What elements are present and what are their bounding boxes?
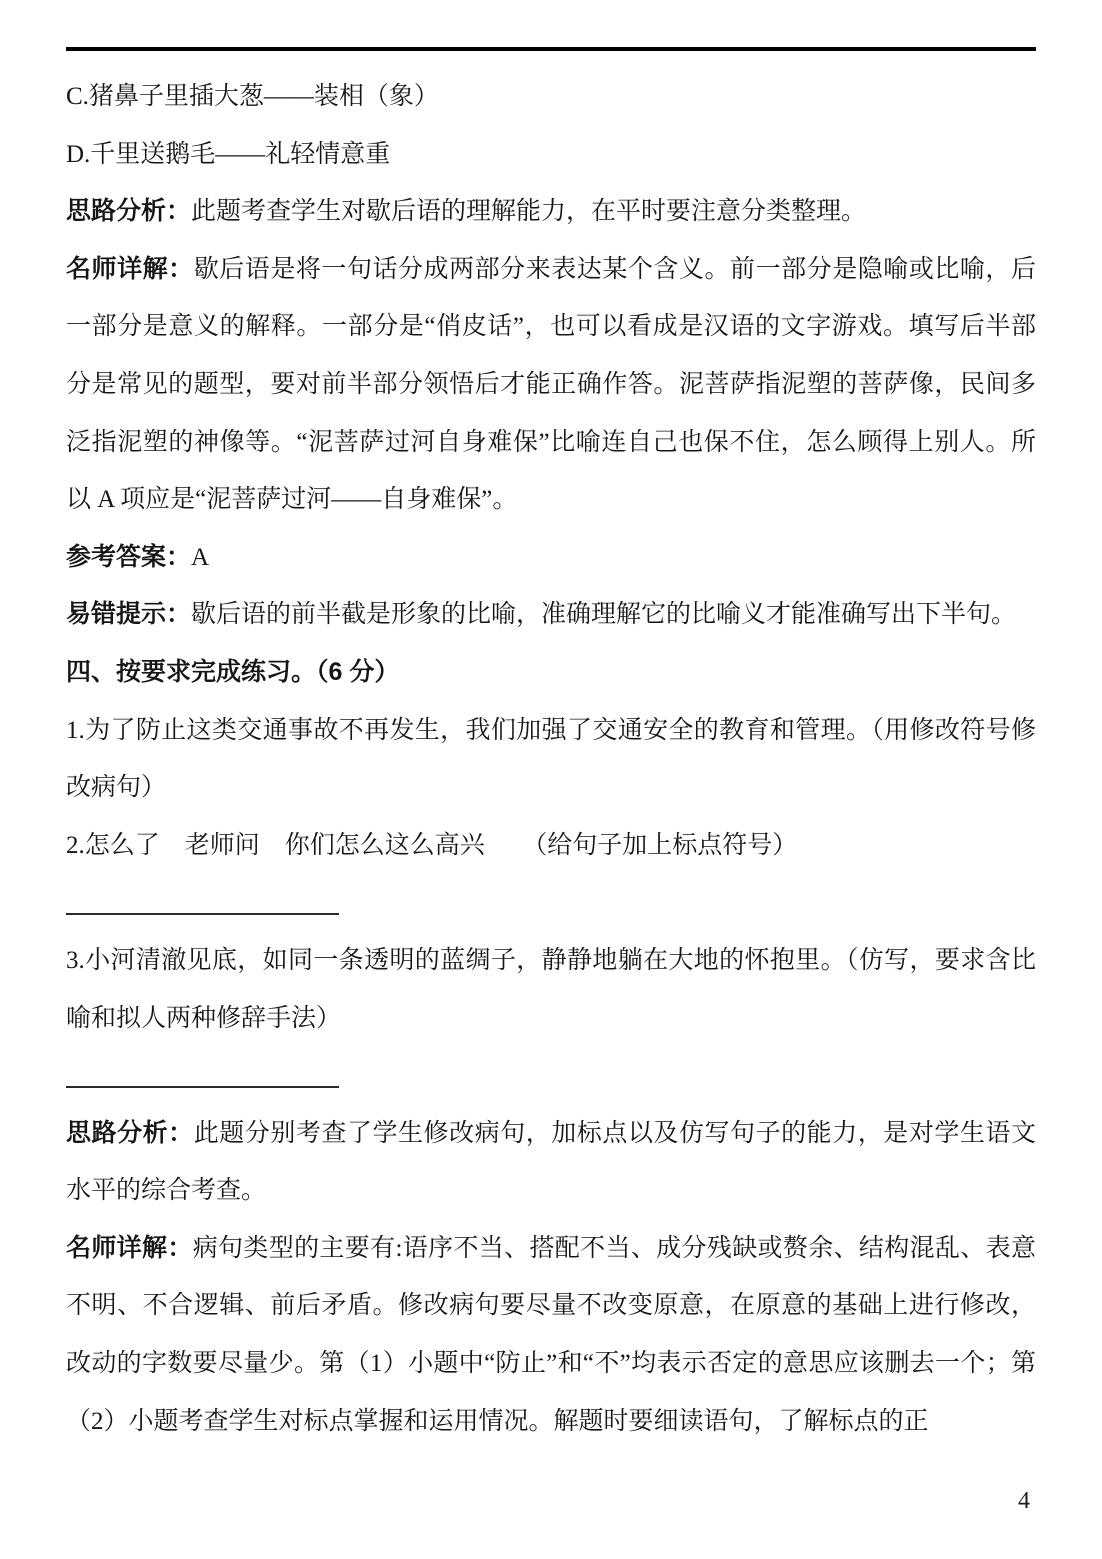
- answer-1-label: 参考答案：: [66, 543, 191, 571]
- detail-1-text: 歇后语是将一句话分成两部分来表达某个含义。前一部分是隐喻或比喻，后一部分是意义的…: [66, 256, 1036, 513]
- detail-2-text: 病句类型的主要有:语序不当、搭配不当、成分残缺或赘余、结构混乱、表意不明、不合逻…: [66, 1235, 1036, 1435]
- analysis-2-label: 思路分析：: [66, 1119, 194, 1147]
- answer-blank-line-2: [66, 1047, 1036, 1105]
- tip-1-text: 歇后语的前半截是形象的比喻，准确理解它的比喻义才能准确写出下半句。: [191, 601, 1016, 628]
- header-rule: [66, 47, 1036, 51]
- analysis-2-paragraph: 思路分析：此题分别考查了学生修改病句，加标点以及仿写句子的能力，是对学生语文水平…: [66, 1105, 1036, 1220]
- answer-1-paragraph: 参考答案：A: [66, 529, 1036, 587]
- detail-1-paragraph: 名师详解：歇后语是将一句话分成两部分来表达某个含义。前一部分是隐喻或比喻，后一部…: [66, 241, 1036, 529]
- page-number: 4: [1018, 1488, 1030, 1515]
- option-c-line: C.猪鼻子里插大葱——装相（象）: [66, 68, 1036, 126]
- analysis-2-text: 此题分别考查了学生修改病句，加标点以及仿写句子的能力，是对学生语文水平的综合考查…: [66, 1120, 1036, 1205]
- question-1-paragraph: 1.为了防止这类交通事故不再发生，我们加强了交通安全的教育和管理。（用修改符号修…: [66, 702, 1036, 817]
- analysis-1-label: 思路分析：: [66, 197, 191, 225]
- question-3-paragraph: 3.小河清澈见底，如同一条透明的蓝绸子，静静地躺在大地的怀抱里。（仿写，要求含比…: [66, 932, 1036, 1047]
- tip-1-paragraph: 易错提示：歇后语的前半截是形象的比喻，准确理解它的比喻义才能准确写出下半句。: [66, 586, 1036, 644]
- question-2-paragraph: 2.怎么了 老师问 你们怎么这么高兴 （给句子加上标点符号）: [66, 817, 1036, 875]
- answer-blank-line-1: [66, 874, 1036, 932]
- document-page: C.猪鼻子里插大葱——装相（象） D.千里送鹅毛——礼轻情意重 思路分析：此题考…: [0, 0, 1102, 1559]
- detail-2-label: 名师详解：: [66, 1234, 193, 1262]
- analysis-1-text: 此题考查学生对歇后语的理解能力，在平时要注意分类整理。: [191, 198, 866, 225]
- analysis-1-paragraph: 思路分析：此题考查学生对歇后语的理解能力，在平时要注意分类整理。: [66, 183, 1036, 241]
- tip-1-label: 易错提示：: [66, 600, 191, 628]
- answer-1-text: A: [191, 544, 209, 571]
- section-4-heading: 四、按要求完成练习。（6 分）: [66, 644, 1036, 702]
- answer-underline-1: [66, 913, 339, 915]
- detail-1-label: 名师详解：: [66, 255, 194, 283]
- document-body: C.猪鼻子里插大葱——装相（象） D.千里送鹅毛——礼轻情意重 思路分析：此题考…: [66, 68, 1036, 1450]
- detail-2-paragraph: 名师详解：病句类型的主要有:语序不当、搭配不当、成分残缺或赘余、结构混乱、表意不…: [66, 1220, 1036, 1450]
- answer-underline-2: [66, 1086, 339, 1088]
- option-d-line: D.千里送鹅毛——礼轻情意重: [66, 126, 1036, 184]
